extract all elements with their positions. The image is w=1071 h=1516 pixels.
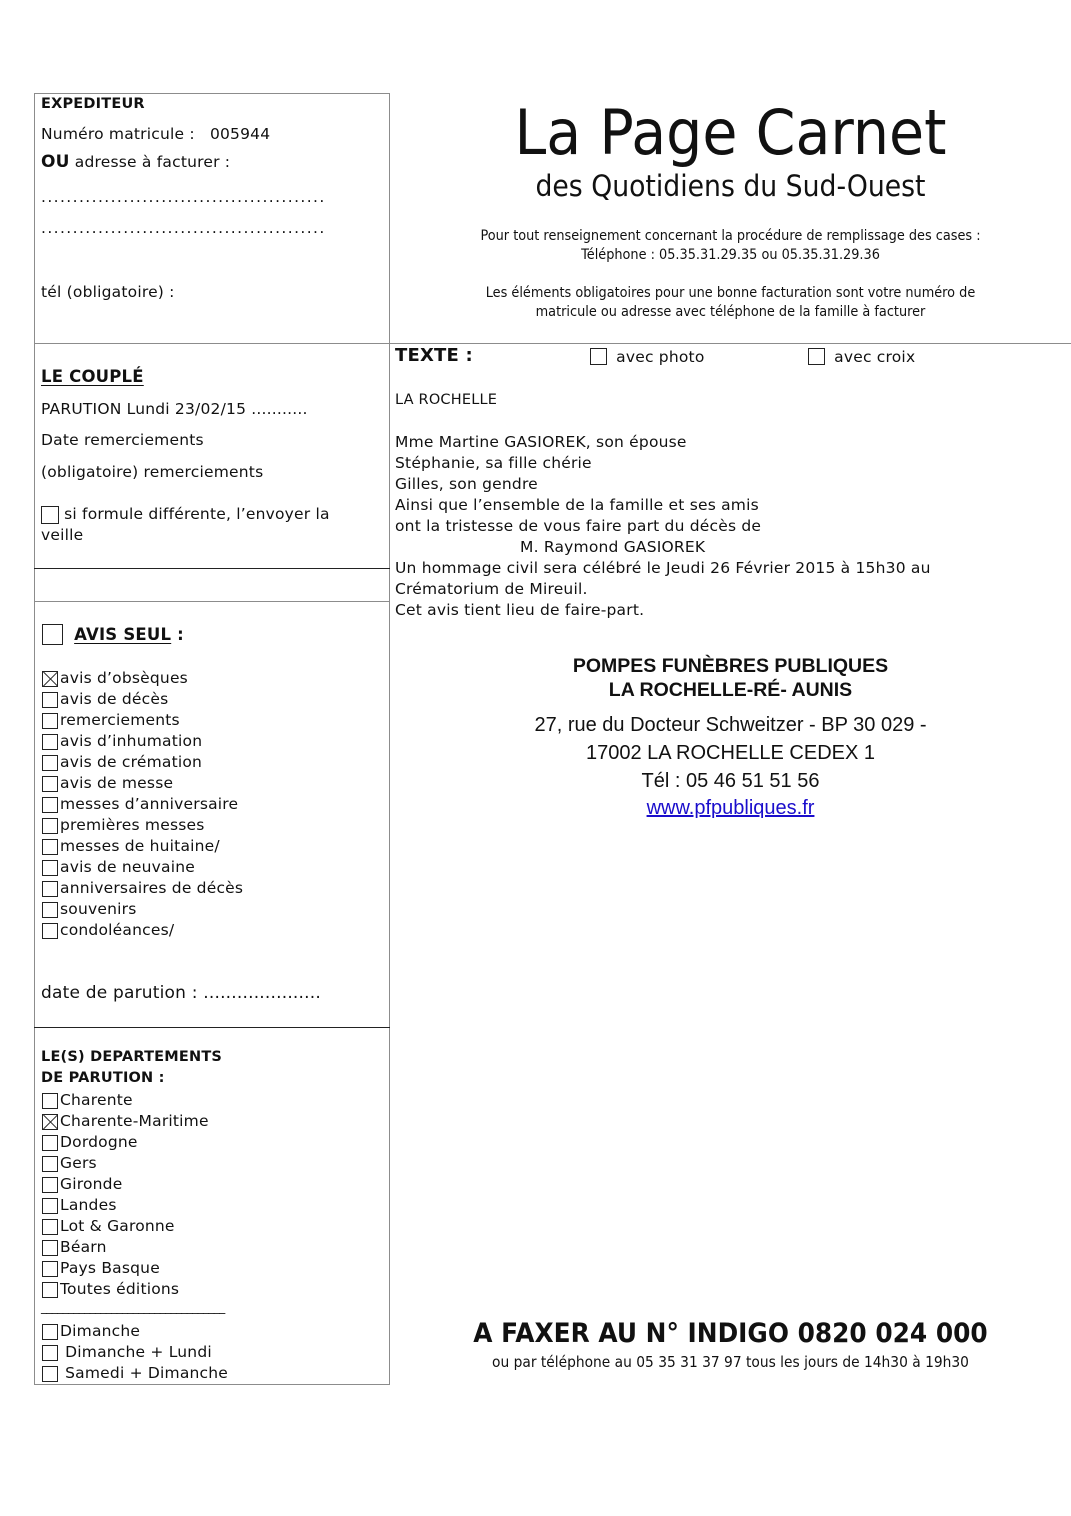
avec-photo-option[interactable]: avec photo — [590, 347, 705, 368]
checkbox[interactable] — [42, 1366, 58, 1382]
checkbox[interactable] — [42, 860, 58, 876]
avis-item-label: avis de messe — [60, 773, 173, 794]
checkbox[interactable] — [42, 923, 58, 939]
day-item[interactable]: Dimanche — [42, 1321, 228, 1342]
checkbox[interactable] — [42, 1282, 58, 1298]
avis-item[interactable]: anniversaires de décès — [42, 878, 243, 899]
avis-item[interactable]: remerciements — [42, 710, 243, 731]
page-subtitle: des Quotidiens du Sud-Ouest — [417, 169, 1044, 203]
adresse-line-1[interactable]: ........................................… — [41, 187, 326, 208]
avis-item[interactable]: avis de crémation — [42, 752, 243, 773]
avis-seul-list: avis d’obsèques avis de décès remercieme… — [42, 668, 243, 941]
couple-bottom-border — [34, 568, 390, 569]
day-label: Dimanche + Lundi — [60, 1342, 212, 1363]
departement-label: Pays Basque — [60, 1258, 160, 1279]
avis-item-label: messes d’anniversaire — [60, 794, 238, 815]
texte-body[interactable]: Mme Martine GASIOREK, son épouse Stéphan… — [395, 432, 931, 621]
day-item[interactable]: Dimanche + Lundi — [42, 1342, 228, 1363]
departement-item[interactable]: Béarn — [42, 1237, 209, 1258]
pf-name-line-1: POMPES FUNÈBRES PUBLIQUES — [390, 654, 1071, 678]
checkbox[interactable] — [42, 902, 58, 918]
checkbox[interactable] — [42, 797, 58, 813]
departements-separator: __________________________________ — [41, 1300, 225, 1314]
parution-field[interactable]: PARUTION Lundi 23/02/15 ........... — [41, 399, 308, 420]
checkbox[interactable] — [42, 755, 58, 771]
formule-row: si formule différente, l’envoyer la — [41, 504, 330, 525]
ou-label: OU — [41, 152, 70, 172]
avis-item[interactable]: avis d’obsèques — [42, 668, 243, 689]
deceased-name: M. Raymond GASIOREK — [395, 537, 931, 558]
avis-item-label: condoléances/ — [60, 920, 174, 941]
texte-line: Mme Martine GASIOREK, son épouse — [395, 432, 931, 453]
avis-seul-heading-colon: : — [171, 625, 184, 644]
matricule-value[interactable]: 005944 — [210, 125, 270, 143]
avis-item-label: avis de neuvaine — [60, 857, 195, 878]
checkbox[interactable] — [42, 1177, 58, 1193]
departement-item[interactable]: Charente — [42, 1090, 209, 1111]
pf-phone: Tél : 05 46 51 51 56 — [390, 767, 1071, 795]
fax-phone-hours: ou par téléphone au 05 35 31 37 97 tous … — [417, 1352, 1044, 1372]
info-line-3: Les éléments obligatoires pour une bonne… — [417, 284, 1044, 303]
checked-checkbox[interactable] — [42, 1114, 58, 1130]
formule-label: si formule différente, l’envoyer la — [59, 505, 330, 523]
tel-label[interactable]: tél (obligatoire) : — [41, 282, 175, 303]
date-remerciements-label: Date remerciements — [41, 430, 204, 451]
departement-label: Dordogne — [60, 1132, 138, 1153]
avis-item-label: avis d’obsèques — [60, 668, 188, 689]
checked-checkbox[interactable] — [42, 671, 58, 687]
checkbox[interactable] — [42, 1261, 58, 1277]
departement-label: Lot & Garonne — [60, 1216, 175, 1237]
checkbox[interactable] — [42, 692, 58, 708]
departement-item[interactable]: Dordogne — [42, 1132, 209, 1153]
date-parution-field[interactable]: date de parution : ..................... — [41, 983, 321, 1004]
bottom-border — [34, 1384, 390, 1385]
pf-address-line-1: 27, rue du Docteur Schweitzer - BP 30 02… — [390, 711, 1071, 739]
departement-label: Charente-Maritime — [60, 1111, 209, 1132]
departements-list: Charente Charente-Maritime Dordogne Gers… — [42, 1090, 209, 1300]
checkbox[interactable] — [42, 1156, 58, 1172]
departement-item[interactable]: Landes — [42, 1195, 209, 1216]
page-title: La Page Carnet — [417, 98, 1044, 168]
avec-photo-checkbox[interactable] — [590, 348, 607, 365]
departement-label: Béarn — [60, 1237, 107, 1258]
avis-seul-bottom-border — [34, 1027, 390, 1028]
avis-item[interactable]: messes de huitaine/ — [42, 836, 243, 857]
adresse-row: OU adresse à facturer : — [41, 152, 230, 173]
avis-item-label: souvenirs — [60, 899, 136, 920]
pf-website-link[interactable]: www.pfpubliques.fr — [647, 797, 815, 819]
avis-item[interactable]: avis de messe — [42, 773, 243, 794]
expediteur-heading: EXPEDITEUR — [41, 94, 145, 115]
departement-item[interactable]: Lot & Garonne — [42, 1216, 209, 1237]
avis-item-label: anniversaires de décès — [60, 878, 243, 899]
checkbox[interactable] — [42, 1324, 58, 1340]
texte-city: LA ROCHELLE — [395, 390, 497, 411]
avis-item[interactable]: avis de décès — [42, 689, 243, 710]
obligatoire-remerciements-label: (obligatoire) remerciements — [41, 462, 263, 483]
avis-item[interactable]: condoléances/ — [42, 920, 243, 941]
empty-row-bottom-border — [34, 601, 390, 602]
info-line-2: Téléphone : 05.35.31.29.35 ou 05.35.31.2… — [417, 246, 1044, 265]
matricule-row: Numéro matricule : 005944 — [41, 124, 270, 145]
days-list: Dimanche Dimanche + Lundi Samedi + Diman… — [42, 1321, 228, 1384]
couple-heading: LE COUPLÉ — [41, 366, 144, 387]
departement-item[interactable]: Pays Basque — [42, 1258, 209, 1279]
avis-seul-heading: AVIS SEUL — [74, 625, 171, 644]
expediteur-bottom-border — [34, 343, 1071, 344]
departement-item[interactable]: Gironde — [42, 1174, 209, 1195]
avis-item-label: remerciements — [60, 710, 180, 731]
texte-heading: TEXTE : — [395, 345, 473, 366]
pf-website-row: www.pfpubliques.fr — [390, 794, 1071, 822]
avis-seul-heading-row: AVIS SEUL : — [42, 624, 184, 646]
checkbox[interactable] — [42, 734, 58, 750]
avec-photo-label: avec photo — [616, 348, 704, 366]
texte-line: Gilles, son gendre — [395, 474, 931, 495]
avis-item[interactable]: messes d’anniversaire — [42, 794, 243, 815]
checkbox[interactable] — [42, 1198, 58, 1214]
texte-line: Stéphanie, sa fille chérie — [395, 453, 931, 474]
avis-item-label: avis de crémation — [60, 752, 202, 773]
texte-line: Cet avis tient lieu de faire-part. — [395, 600, 931, 621]
day-label: Samedi + Dimanche — [60, 1363, 228, 1384]
departements-heading-1: LE(S) DEPARTEMENTS — [41, 1047, 222, 1068]
checkbox[interactable] — [42, 1093, 58, 1109]
checkbox[interactable] — [42, 881, 58, 897]
avis-item-label: premières messes — [60, 815, 205, 836]
departement-label: Charente — [60, 1090, 133, 1111]
avec-croix-option[interactable]: avec croix — [808, 347, 915, 368]
avis-item-label: avis d’inhumation — [60, 731, 202, 752]
avis-item[interactable]: avis de neuvaine — [42, 857, 243, 878]
avis-item[interactable]: premières messes — [42, 815, 243, 836]
left-column-left-border — [34, 93, 35, 1385]
texte-line: Un hommage civil sera célébré le Jeudi 2… — [395, 558, 931, 579]
departement-label: Gironde — [60, 1174, 122, 1195]
formule-label-continued: veille — [41, 525, 83, 546]
departement-item[interactable]: Toutes éditions — [42, 1279, 209, 1300]
avis-item-label: messes de huitaine/ — [60, 836, 220, 857]
departement-item[interactable]: Charente-Maritime — [42, 1111, 209, 1132]
checkbox[interactable] — [42, 1345, 58, 1361]
texte-line: Crématorium de Mireuil. — [395, 579, 931, 600]
matricule-label: Numéro matricule : — [41, 125, 195, 143]
checkbox[interactable] — [42, 839, 58, 855]
checkbox[interactable] — [42, 1240, 58, 1256]
avis-item-label: avis de décès — [60, 689, 168, 710]
checkbox[interactable] — [42, 713, 58, 729]
day-item[interactable]: Samedi + Dimanche — [42, 1363, 228, 1384]
checkbox[interactable] — [42, 1219, 58, 1235]
avis-item[interactable]: souvenirs — [42, 899, 243, 920]
avec-croix-checkbox[interactable] — [808, 348, 825, 365]
texte-line: ont la tristesse de vous faire part du d… — [395, 516, 931, 537]
avec-croix-label: avec croix — [834, 348, 915, 366]
departement-label: Toutes éditions — [60, 1279, 179, 1300]
checkbox[interactable] — [42, 1135, 58, 1151]
day-label: Dimanche — [60, 1321, 140, 1342]
info-line-4: matricule ou adresse avec téléphone de l… — [417, 303, 1044, 322]
pf-address-line-2: 17002 LA ROCHELLE CEDEX 1 — [390, 739, 1071, 767]
departement-label: Landes — [60, 1195, 117, 1216]
info-line-1: Pour tout renseignement concernant la pr… — [417, 227, 1044, 246]
avis-item[interactable]: avis d’inhumation — [42, 731, 243, 752]
formule-checkbox[interactable] — [41, 506, 59, 524]
texte-line: Ainsi que l’ensemble de la famille et se… — [395, 495, 931, 516]
departement-label: Gers — [60, 1153, 97, 1174]
departements-heading-2: DE PARUTION : — [41, 1068, 165, 1089]
departement-item[interactable]: Gers — [42, 1153, 209, 1174]
pf-name-line-2: LA ROCHELLE-RÉ- AUNIS — [390, 678, 1071, 702]
checkbox[interactable] — [42, 818, 58, 834]
fax-number: A FAXER AU N° INDIGO 0820 024 000 — [417, 1318, 1044, 1350]
avis-seul-checkbox[interactable] — [42, 624, 63, 645]
adresse-line-2[interactable]: ........................................… — [41, 218, 326, 239]
adresse-label: adresse à facturer : — [75, 153, 230, 171]
checkbox[interactable] — [42, 776, 58, 792]
